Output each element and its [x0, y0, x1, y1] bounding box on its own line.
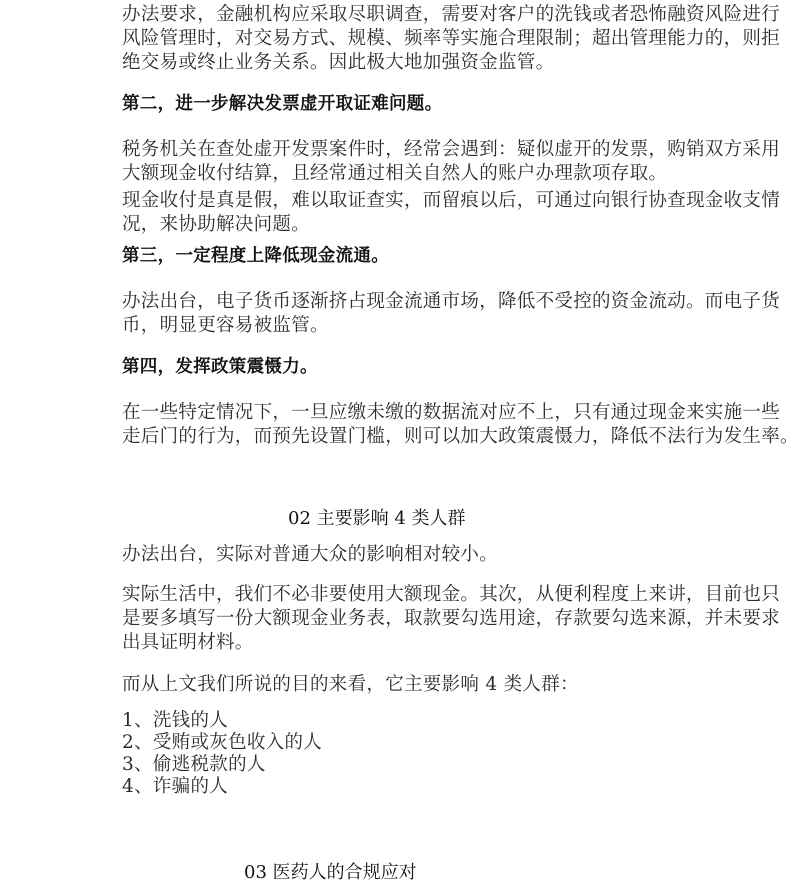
list-item: 4、诈骗的人 [122, 776, 682, 798]
point4-heading: 第四，发挥政策震慑力。 [122, 355, 682, 379]
point2-paragraph-1: 税务机关在查处虚开发票案件时，经常会遇到：疑似虚开的发票，购销双方采用 大额现金… [122, 138, 682, 186]
text-line: 办法出台，电子货币逐渐挤占现金流通市场，降低不受控的资金流动。而电子货 [122, 290, 682, 314]
point2-heading: 第二，进一步解决发票虚开取证难问题。 [122, 92, 682, 116]
text-line: 币，明显更容易被监管。 [122, 314, 682, 338]
point3-paragraph: 办法出台，电子货币逐渐挤占现金流通市场，降低不受控的资金流动。而电子货 币，明显… [122, 290, 682, 338]
text-line: 税务机关在查处虚开发票案件时，经常会遇到：疑似虚开的发票，购销双方采用 [122, 138, 682, 162]
point4-paragraph: 在一些特定情况下，一旦应缴未缴的数据流对应不上，只有通过现金来实施一些 走后门的… [122, 401, 682, 449]
affected-groups-list: 1、洗钱的人 2、受贿或灰色收入的人 3、偷逃税款的人 4、诈骗的人 [122, 710, 682, 798]
point3-heading: 第三，一定程度上降低现金流通。 [122, 244, 682, 268]
text-line: 出具证明材料。 [122, 631, 682, 655]
list-item: 1、洗钱的人 [122, 710, 682, 732]
list-item: 2、受贿或灰色收入的人 [122, 732, 682, 754]
section-02-title: 02 主要影响 4 类人群 [288, 504, 466, 530]
section-03-title: 03 医药人的合规应对 [244, 858, 417, 881]
section02-paragraph-2: 实际生活中，我们不必非要使用大额现金。其次，从便利程度上来讲，目前也只 是要多填… [122, 583, 682, 655]
section02-paragraph-1: 办法出台，实际对普通大众的影响相对较小。 [122, 543, 682, 567]
text-line: 在一些特定情况下，一旦应缴未缴的数据流对应不上，只有通过现金来实施一些 [122, 401, 682, 425]
text-line: 况，来协助解决问题。 [122, 213, 682, 237]
text-line: 现金收付是真是假，难以取证查实，而留痕以后，可通过向银行协查现金收支情 [122, 189, 682, 213]
intro-paragraph: 办法要求，金融机构应采取尽职调查，需要对客户的洗钱或者恐怖融资风险进行 风险管理… [122, 3, 682, 75]
text-line: 风险管理时，对交易方式、规模、频率等实施合理限制；超出管理能力的，则拒 [122, 27, 682, 51]
text-line: 大额现金收付结算，且经常通过相关自然人的账户办理款项存取。 [122, 162, 682, 186]
text-line: 绝交易或终止业务关系。因此极大地加强资金监管。 [122, 51, 682, 75]
text-line: 办法要求，金融机构应采取尽职调查，需要对客户的洗钱或者恐怖融资风险进行 [122, 3, 682, 27]
text-line: 是要多填写一份大额现金业务表，取款要勾选用途，存款要勾选来源，并未要求 [122, 607, 682, 631]
section02-paragraph-3: 而从上文我们所说的目的来看，它主要影响 4 类人群： [122, 673, 682, 697]
point2-paragraph-2: 现金收付是真是假，难以取证查实，而留痕以后，可通过向银行协查现金收支情 况，来协… [122, 189, 682, 237]
text-line: 走后门的行为，而预先设置门槛，则可以加大政策震慑力，降低不法行为发生率。 [122, 425, 682, 449]
text-line: 实际生活中，我们不必非要使用大额现金。其次，从便利程度上来讲，目前也只 [122, 583, 682, 607]
list-item: 3、偷逃税款的人 [122, 754, 682, 776]
